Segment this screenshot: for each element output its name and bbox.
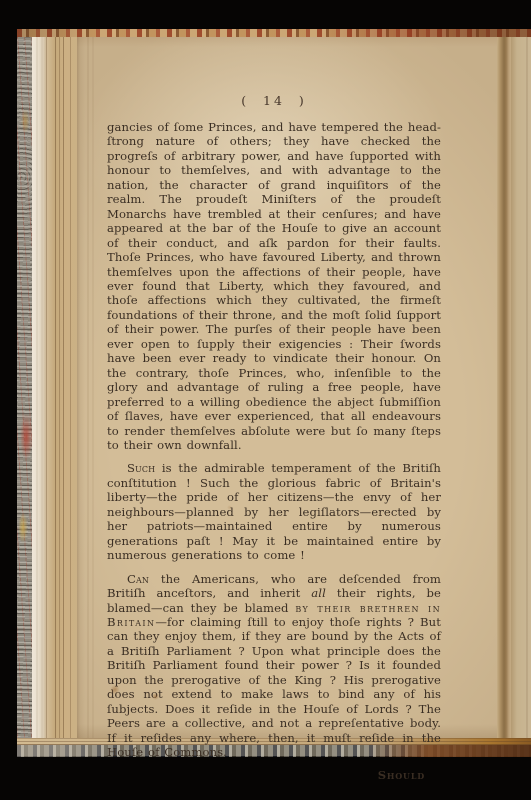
- book-photo: ( 14 ) gancies of ſome Princes, and have…: [0, 0, 531, 800]
- gutter-shadow: [497, 37, 511, 738]
- page-number: ( 14 ): [107, 93, 441, 108]
- body-paragraph: Such is the admirable temperament of the…: [107, 461, 441, 562]
- foxing-spot: [152, 693, 159, 700]
- foxing-spot: [110, 685, 120, 694]
- page-stack-edge: [46, 37, 77, 738]
- open-book: ( 14 ) gancies of ſome Princes, and have…: [17, 29, 531, 757]
- body-paragraph: gancies of ſome Princes, and have temper…: [107, 120, 441, 452]
- sprinkled-top-edge: [17, 29, 531, 37]
- marbled-cover-edge: [17, 37, 32, 738]
- text-block: gancies of ſome Princes, and have temper…: [77, 120, 497, 782]
- foxing-spot: [339, 213, 344, 218]
- flyleaf-edge: [32, 37, 46, 738]
- foxing-spot: [227, 505, 232, 510]
- next-page-edge: [511, 37, 531, 738]
- catchword: Should: [107, 768, 441, 782]
- book-page: ( 14 ) gancies of ſome Princes, and have…: [77, 37, 497, 738]
- body-paragraph: Can the Americans, who are deſcended fro…: [107, 572, 441, 760]
